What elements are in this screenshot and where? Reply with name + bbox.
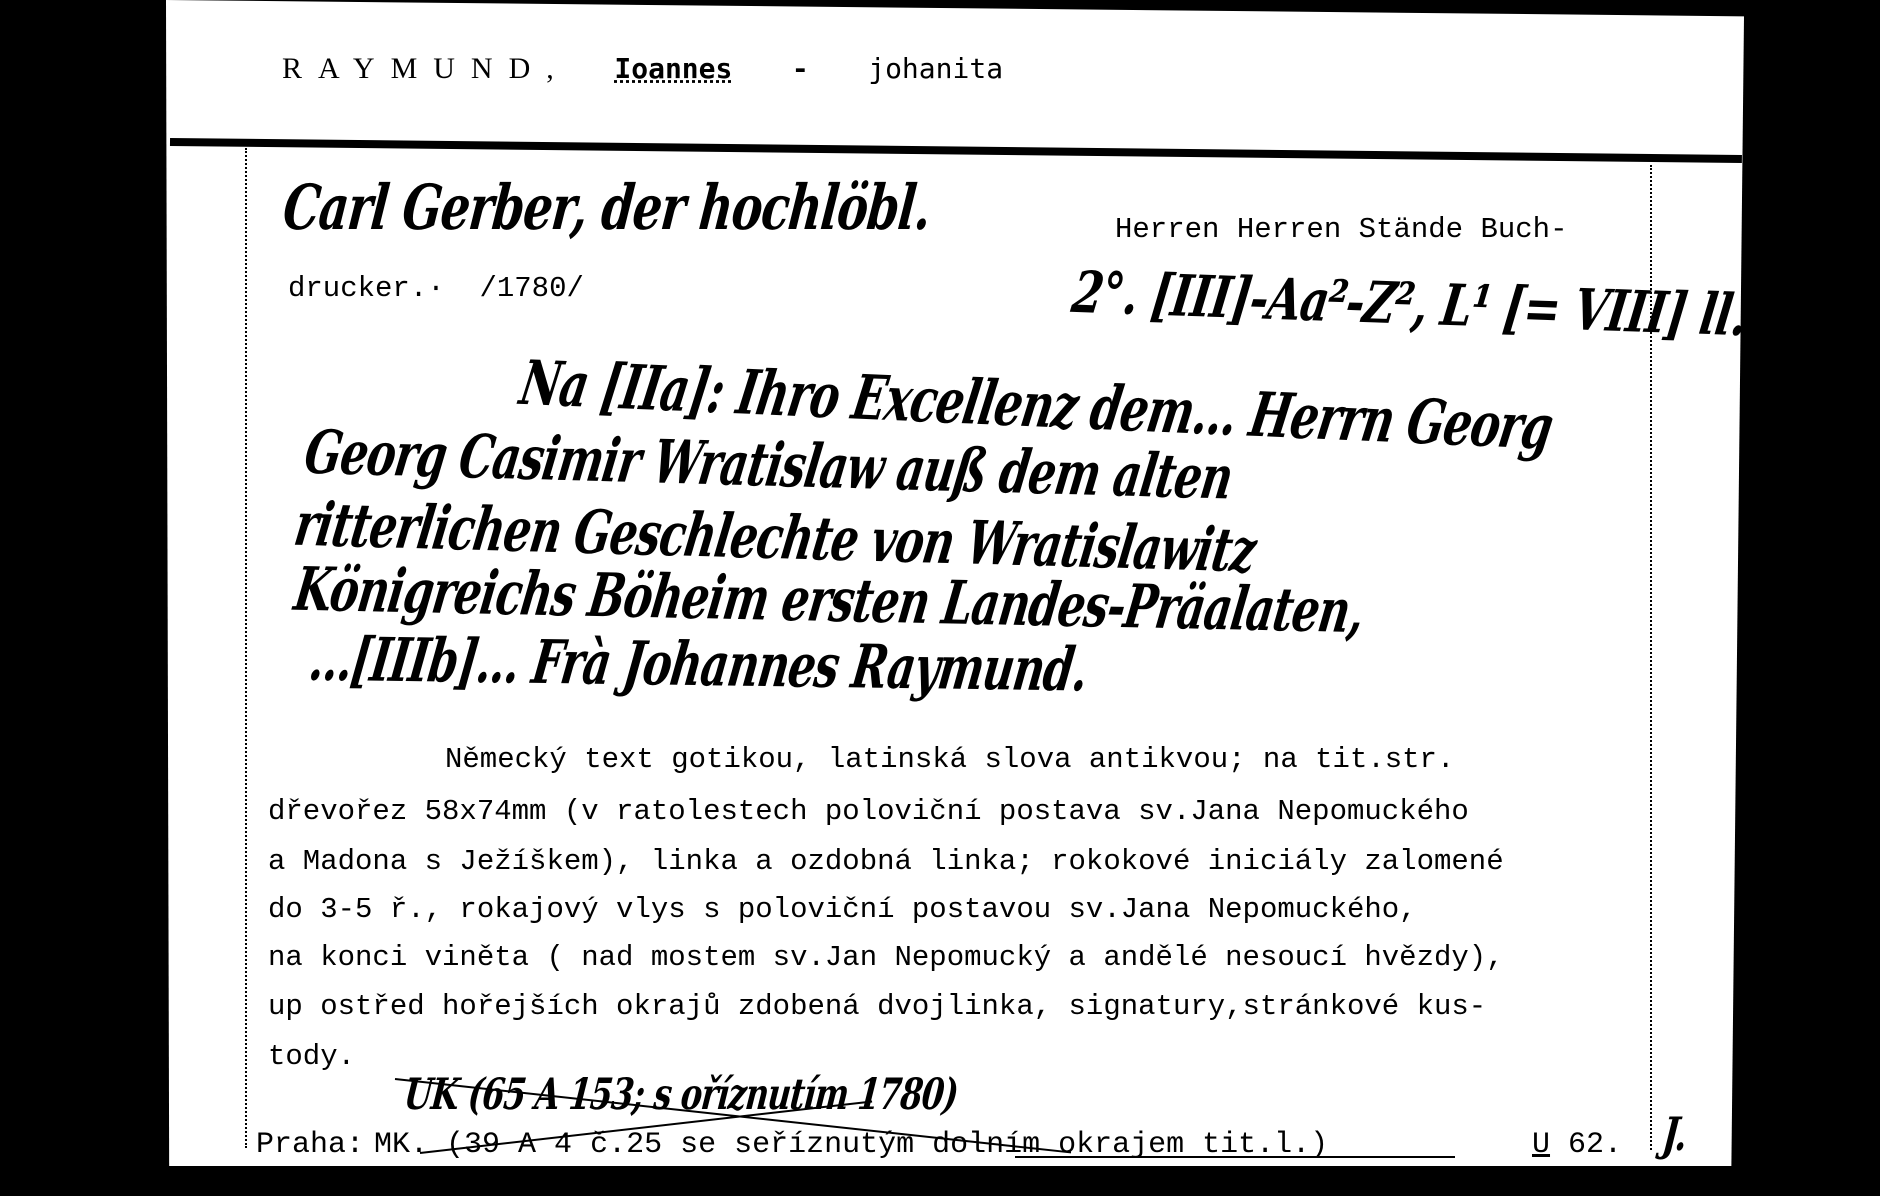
description-line: na konci viněta ( nad mostem sv.Jan Nepo… — [268, 941, 1504, 974]
heading-order: johanita — [868, 52, 1003, 85]
incipit-line: ...[IIIb]... Frà Johannes Raymund. — [305, 625, 1092, 706]
description-line: up ostřed hořejších okrajů zdobená dvojl… — [268, 990, 1486, 1023]
typed-title-tail: Herren Herren Stände Buch- — [1115, 213, 1567, 246]
left-margin-guide — [245, 148, 247, 1148]
holdings-location: Praha: — [256, 1128, 364, 1162]
title-year: /1780/ — [479, 272, 583, 305]
shelf-mark: U 62. — [1532, 1128, 1622, 1162]
shelf-mark-prefix: U — [1532, 1128, 1550, 1162]
description-line: do 3-5 ř., rokajový vlys s poloviční pos… — [268, 893, 1417, 926]
description-line: tody. — [268, 1040, 355, 1073]
handwritten-annotation: UK (65 A 153; s oříznutím 1780) — [402, 1069, 960, 1120]
title-mark: ∙ — [427, 272, 444, 305]
handwritten-title-start: Carl Gerber, der hochlöbl. — [280, 171, 934, 244]
typed-title-continuation: drucker.∙ /1780/ — [288, 272, 584, 305]
description-line: dřevořez 58x74mm (v ratolestech polovičn… — [268, 795, 1469, 828]
heading: RAYMUND, Ioannes - johanita — [282, 52, 1003, 88]
description-line: a Madona s Ježíškem), linka a ozdobná li… — [268, 845, 1504, 878]
description-line: Německý text gotikou, latinská slova ant… — [445, 743, 1454, 776]
strikethrough-line — [1015, 1156, 1455, 1158]
shelf-mark-number: 62. — [1568, 1128, 1622, 1162]
title-continuation-text: drucker. — [288, 272, 427, 305]
heading-separator: - — [791, 53, 810, 88]
heading-given-name: Ioannes — [614, 52, 732, 85]
heading-surname: RAYMUND, — [282, 52, 570, 85]
